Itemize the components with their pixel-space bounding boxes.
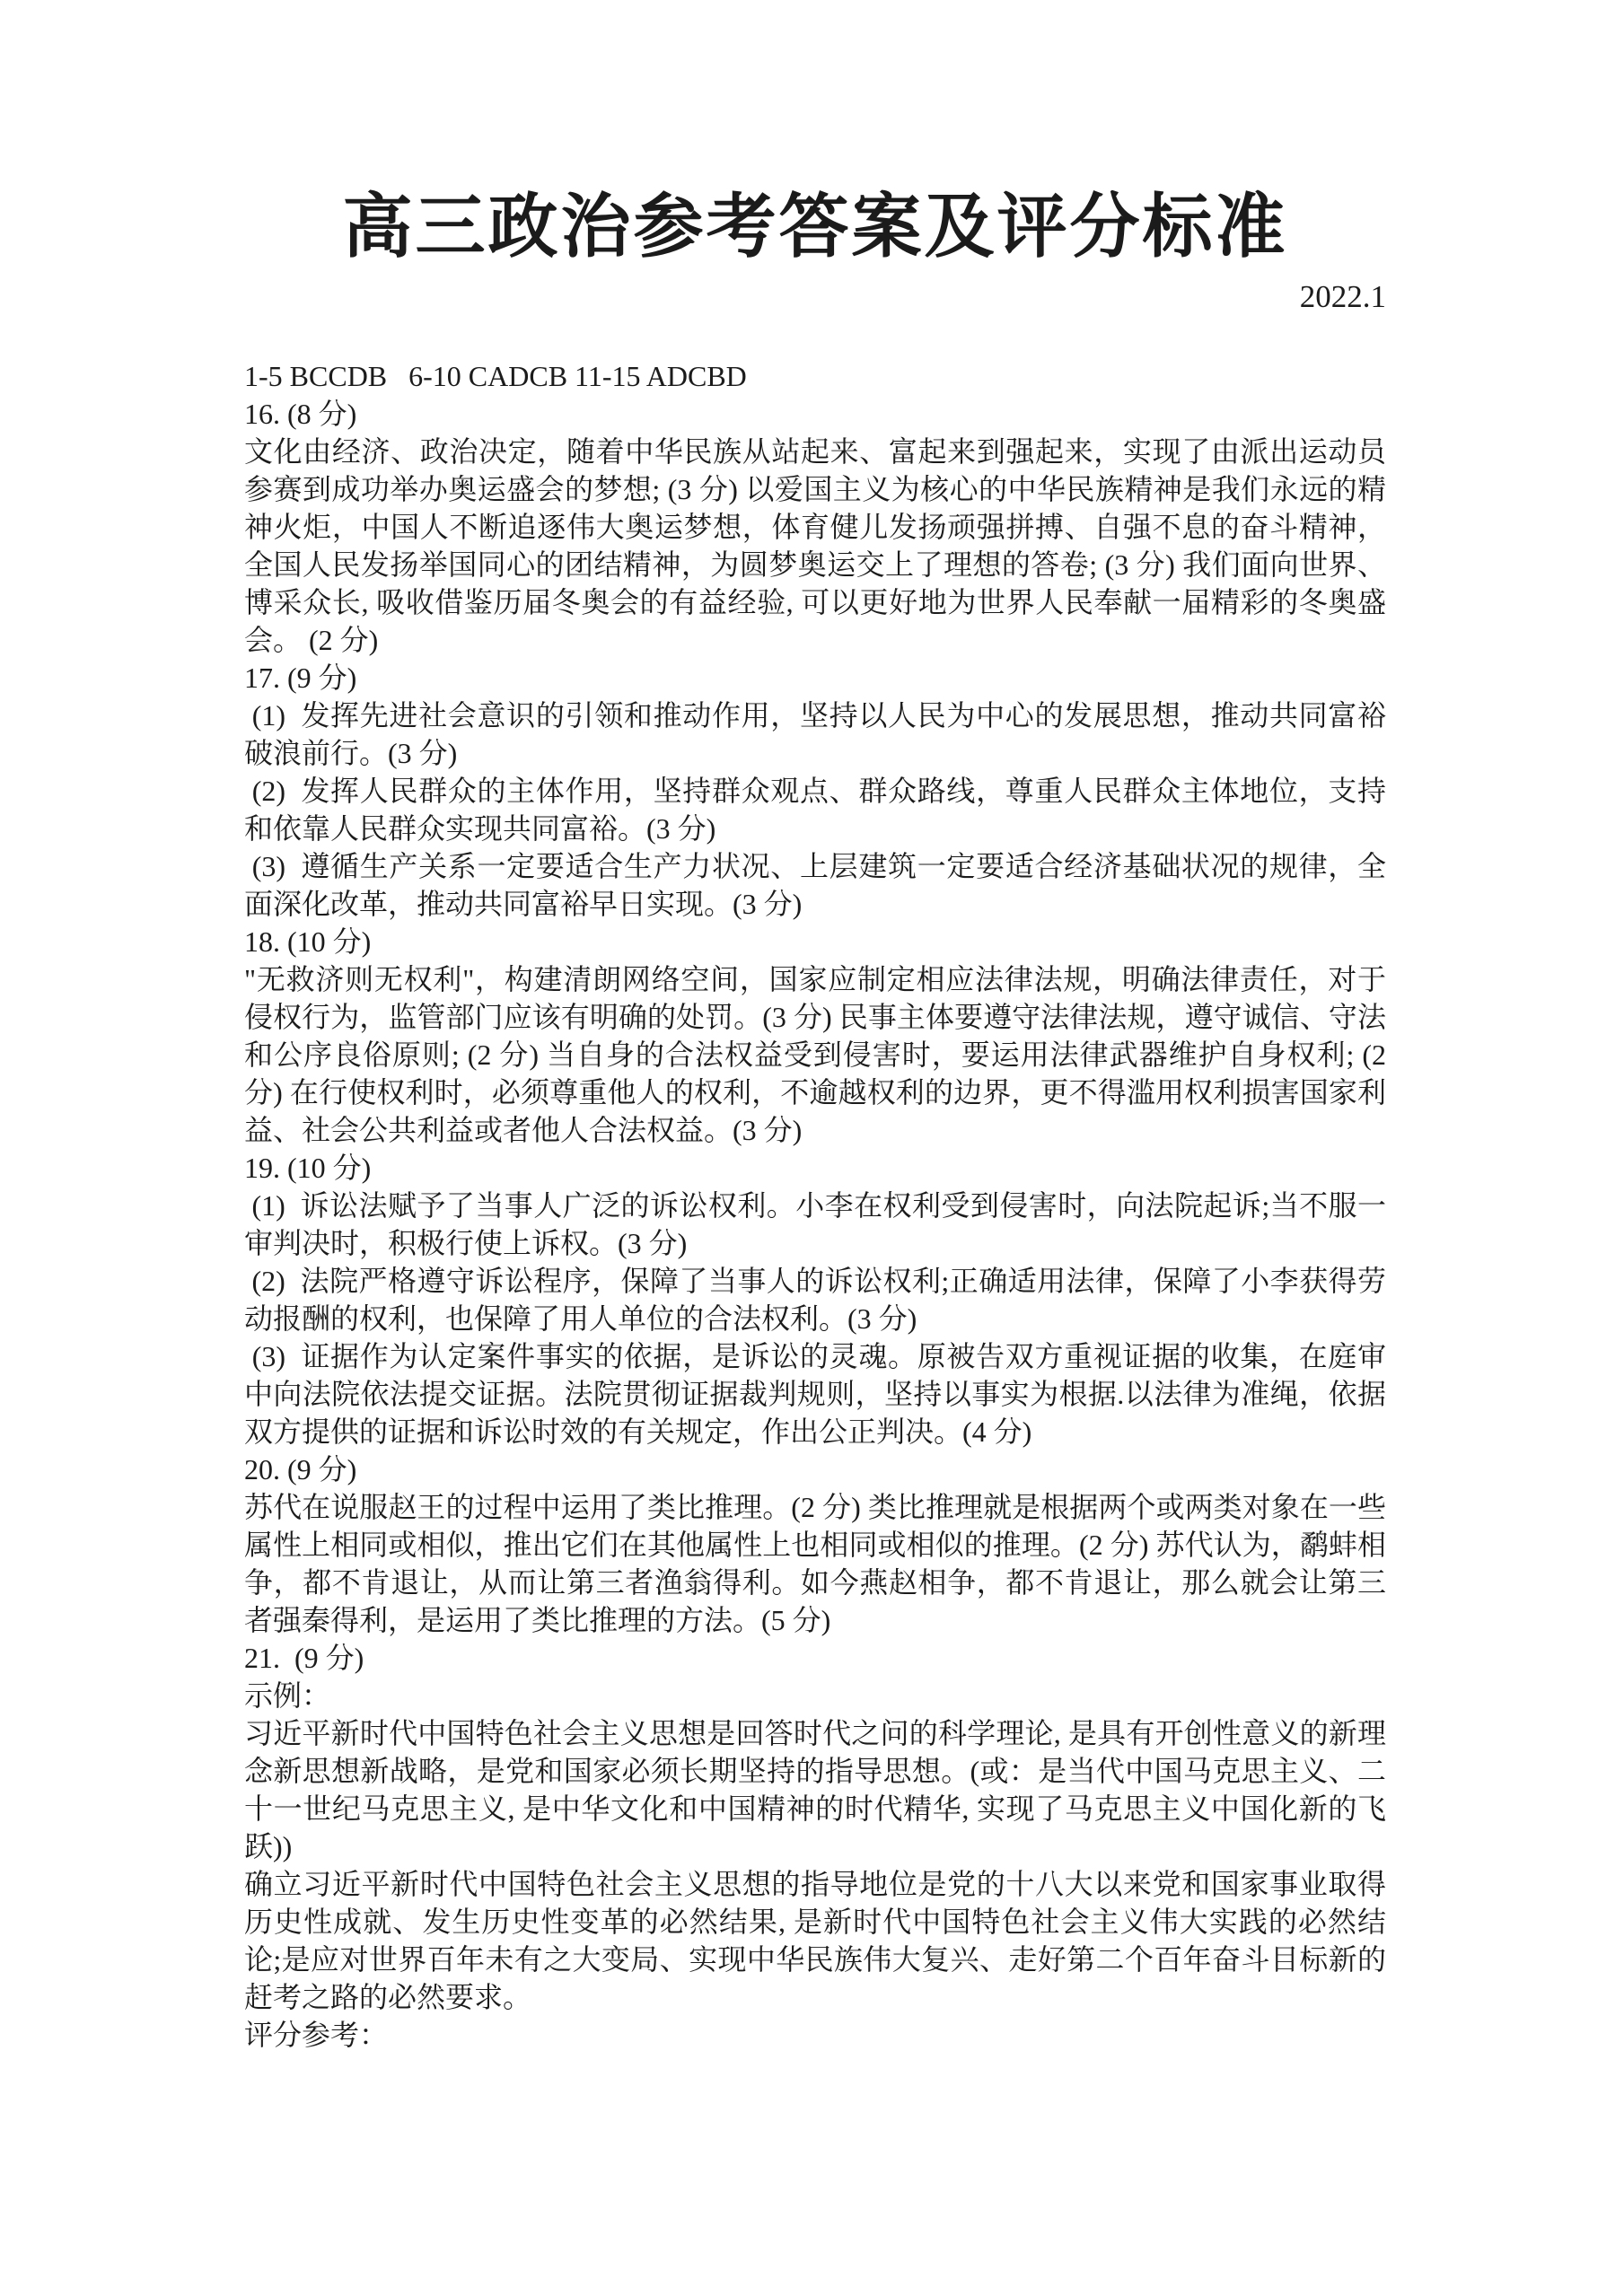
q21-example-label: 示例： xyxy=(244,1677,1386,1714)
scoring-reference-label: 评分参考： xyxy=(244,2016,1386,2054)
q17-answer-item-1: (1) 发挥先进社会意识的引领和推动作用，坚持以人民为中心的发展思想，推动共同富… xyxy=(244,697,1386,772)
q17-heading: 17. (9 分) xyxy=(244,659,1386,697)
q18-heading: 18. (10 分) xyxy=(244,923,1386,960)
q21-example-part1: 习近平新时代中国特色社会主义思想是回答时代之问的科学理论, 是具有开创性意义的新… xyxy=(244,1714,1386,1865)
q20-answer: 苏代在说服赵王的过程中运用了类比推理。(2 分) 类比推理就是根据两个或两类对象… xyxy=(244,1488,1386,1639)
q20-heading: 20. (9 分) xyxy=(244,1450,1386,1488)
q19-answer-item-2: (2) 法院严格遵守诉讼程序，保障了当事人的诉讼权利;正确适用法律，保障了小李获… xyxy=(244,1262,1386,1337)
document-date: 2022.1 xyxy=(244,278,1386,316)
q17-answer-item-3: (3) 遵循生产关系一定要适合生产力状况、上层建筑一定要适合经济基础状况的规律，… xyxy=(244,847,1386,923)
answer-key-body: 1-5 BCCDB 6-10 CADCB 11-15 ADCBD 16. (8 … xyxy=(244,357,1386,2054)
q21-heading: 21. (9 分) xyxy=(244,1639,1386,1677)
q17-answer-item-2: (2) 发挥人民群众的主体作用，坚持群众观点、群众路线，尊重人民群众主体地位，支… xyxy=(244,772,1386,847)
q18-answer: "无救济则无权利"，构建清朗网络空间，国家应制定相应法律法规，明确法律责任，对于… xyxy=(244,960,1386,1149)
multiple-choice-answers: 1-5 BCCDB 6-10 CADCB 11-15 ADCBD xyxy=(244,357,1386,395)
q16-answer: 文化由经济、政治决定，随着中华民族从站起来、富起来到强起来，实现了由派出运动员参… xyxy=(244,433,1386,659)
q19-answer-item-3: (3) 证据作为认定案件事实的依据，是诉讼的灵魂。原被告双方重视证据的收集，在庭… xyxy=(244,1337,1386,1450)
q19-answer-item-1: (1) 诉讼法赋予了当事人广泛的诉讼权利。小李在权利受到侵害时，向法院起诉;当不… xyxy=(244,1187,1386,1262)
q16-heading: 16. (8 分) xyxy=(244,395,1386,433)
q21-example-part2: 确立习近平新时代中国特色社会主义思想的指导地位是党的十八大以来党和国家事业取得历… xyxy=(244,1865,1386,2016)
page-title: 高三政治参考答案及评分标准 xyxy=(244,190,1386,264)
document-content: 高三政治参考答案及评分标准 2022.1 1-5 BCCDB 6-10 CADC… xyxy=(244,0,1386,2054)
q19-heading: 19. (10 分) xyxy=(244,1149,1386,1187)
document-page: 高三政治参考答案及评分标准 2022.1 1-5 BCCDB 6-10 CADC… xyxy=(0,0,1624,2296)
